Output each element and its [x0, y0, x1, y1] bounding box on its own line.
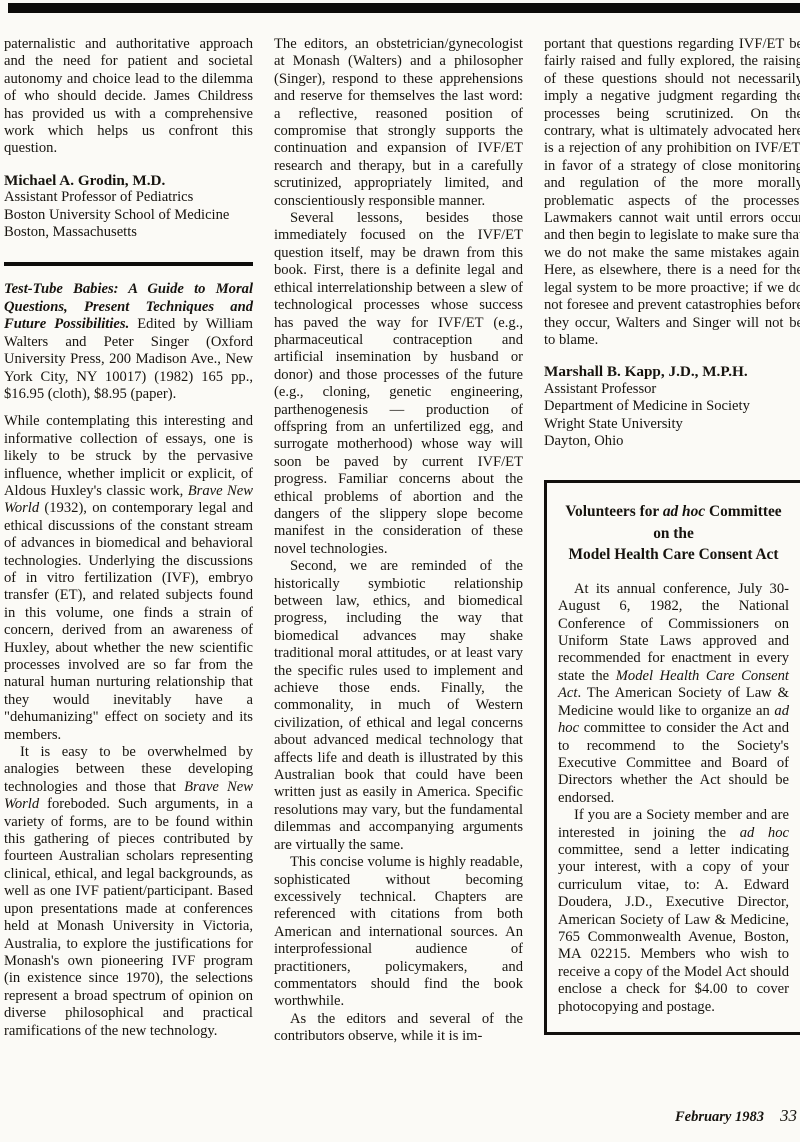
signature-block: Marshall B. Kapp, J.D., M.P.H.Assistant …	[544, 363, 800, 450]
text-run: Committee	[705, 503, 782, 520]
announcement-paragraph: If you are a Society member and are inte…	[558, 807, 789, 1016]
text-run: The editors, an obstetrician/gynecologis…	[274, 36, 523, 209]
page-top-rule	[8, 3, 800, 13]
text-run: As the editors and several of the contri…	[274, 1011, 523, 1044]
paragraph: Second, we are reminded of the historica…	[274, 558, 523, 854]
page-number: 33	[780, 1106, 797, 1125]
signature-block: Michael A. Grodin, M.D.Assistant Profess…	[4, 172, 253, 242]
paragraph: As the editors and several of the contri…	[274, 1011, 523, 1046]
text-run: Several lessons, besides those immediate…	[274, 210, 523, 557]
announcement-paragraph: At its annual conference, July 30-August…	[558, 581, 789, 807]
text-run: committee to consider the Act and to rec…	[558, 720, 789, 806]
page-footer: February 198333	[675, 1106, 797, 1126]
text-run: This concise volume is highly readable, …	[274, 854, 523, 1009]
text-run: committee, send a letter indicating your…	[558, 842, 789, 1015]
signature-line: Assistant Professor	[544, 381, 800, 398]
text-run: . The American Society of Law & Medicine…	[558, 685, 789, 718]
announcement-title-line: Volunteers for ad hoc Committee	[558, 501, 789, 523]
text-run: Model Health Care Consent Act	[568, 546, 778, 563]
signature-line: Boston University School of Medicine	[4, 207, 253, 224]
paragraph: Several lessons, besides those immediate…	[274, 210, 523, 558]
announcement-box: Volunteers for ad hoc Committeeon theMod…	[544, 480, 800, 1035]
reviewer-name: Michael A. Grodin, M.D.	[4, 172, 253, 189]
signature-line: Boston, Massachusetts	[4, 224, 253, 241]
announcement-title-line: Model Health Care Consent Act	[558, 544, 789, 566]
column-left: paternalistic and authoritative approach…	[4, 36, 253, 1046]
text-run: Second, we are reminded of the historica…	[274, 558, 523, 853]
text-run: ad hoc	[663, 503, 705, 520]
text-run: foreboded. Such arguments, in a variety …	[4, 796, 253, 1038]
reviewer-name: Marshall B. Kapp, J.D., M.P.H.	[544, 363, 800, 380]
announcement-title-line: on the	[558, 523, 789, 545]
text-run: on the	[653, 525, 694, 542]
signature-line: Wright State University	[544, 416, 800, 433]
announcement-title: Volunteers for ad hoc Committeeon theMod…	[558, 501, 789, 566]
text-run: portant that questions regarding IVF/ET …	[544, 36, 800, 348]
column-middle: The editors, an obstetrician/gynecologis…	[274, 36, 523, 1046]
book-citation: Test-Tube Babies: A Guide to Moral Quest…	[4, 281, 253, 403]
journal-date: February 1983	[675, 1109, 764, 1125]
text-run: Volunteers for	[565, 503, 662, 520]
page-body: paternalistic and authoritative approach…	[4, 36, 800, 1046]
paragraph: While contemplating this interesting and…	[4, 413, 253, 744]
text-run: paternalistic and authoritative approach…	[4, 36, 253, 156]
column-right: portant that questions regarding IVF/ET …	[544, 36, 800, 1046]
paragraph: This concise volume is highly readable, …	[274, 854, 523, 1011]
signature-line: Department of Medicine in Society	[544, 398, 800, 415]
signature-line: Assistant Professor of Pediatrics	[4, 189, 253, 206]
signature-line: Dayton, Ohio	[544, 433, 800, 450]
paragraph: The editors, an obstetrician/gynecologis…	[274, 36, 523, 210]
paragraph: portant that questions regarding IVF/ET …	[544, 36, 800, 349]
text-run: ad hoc	[740, 825, 789, 841]
section-divider	[4, 262, 253, 266]
paragraph: It is easy to be overwhelmed by analogie…	[4, 744, 253, 1040]
paragraph: paternalistic and authoritative approach…	[4, 36, 253, 158]
text-run: (1932), on contemporary legal and ethica…	[4, 500, 253, 742]
